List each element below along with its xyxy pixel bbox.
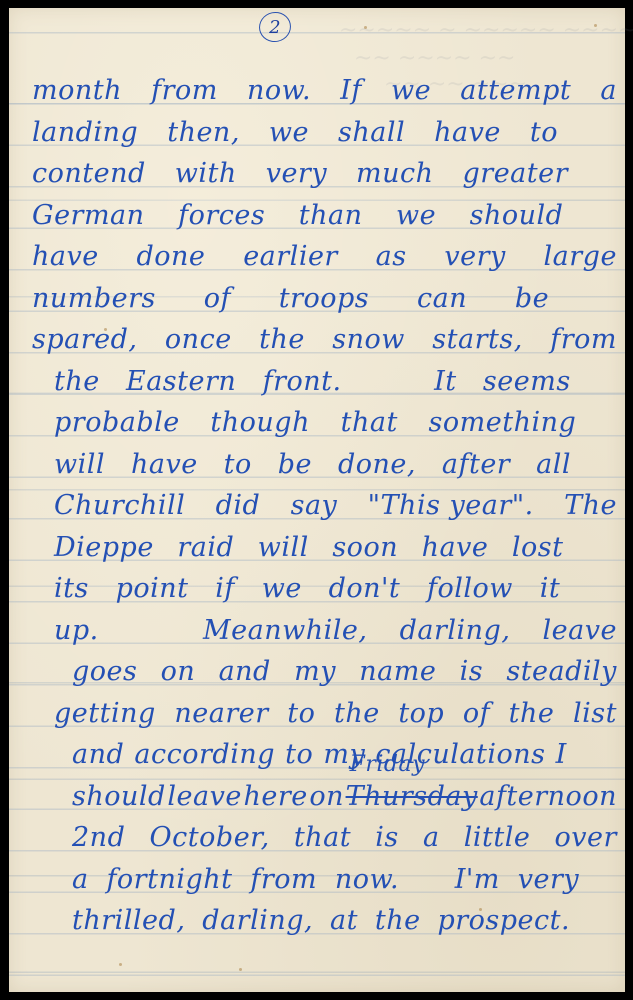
word: list <box>573 693 617 735</box>
word: nearer <box>174 693 268 735</box>
word: getting <box>54 693 156 735</box>
word: October, <box>150 817 270 859</box>
handwritten-line: numbers of troops can be <box>32 278 617 320</box>
handwritten-line: probable though that something <box>32 402 617 444</box>
handwritten-line: Churchill did say "This year". The <box>32 485 617 527</box>
word: according <box>134 734 275 776</box>
word: if <box>215 568 235 610</box>
word: I <box>556 734 567 776</box>
word: It <box>434 361 457 403</box>
word: then, <box>167 112 240 154</box>
word: Eastern <box>126 361 236 403</box>
handwritten-line: contend with very much greater <box>32 153 617 195</box>
struck-word: Thursday <box>346 781 478 812</box>
word: be <box>515 278 549 320</box>
paper-edge <box>625 10 633 18</box>
spacer <box>587 527 617 569</box>
word: Churchill <box>54 485 185 527</box>
word: have <box>434 112 501 154</box>
word: Meanwhile, <box>203 610 367 652</box>
word: much <box>356 153 434 195</box>
spacer <box>597 278 617 320</box>
handwritten-line: 2nd October, that is a little over <box>32 817 617 859</box>
paper-edge <box>0 8 9 20</box>
word: the <box>375 900 421 942</box>
spacer <box>368 361 408 403</box>
word: will <box>258 527 309 569</box>
word: than <box>299 195 363 237</box>
word: name <box>359 651 436 693</box>
word: German <box>32 195 145 237</box>
spacer <box>597 153 617 195</box>
word: don't <box>329 568 401 610</box>
handwritten-line: getting nearer to the top of the list <box>32 693 617 735</box>
word: should <box>470 195 564 237</box>
word: prospect. <box>437 900 570 942</box>
word: 2nd <box>72 817 125 859</box>
word: follow <box>427 568 513 610</box>
word: month <box>32 70 122 112</box>
word: earlier <box>243 236 338 278</box>
word: have <box>32 236 99 278</box>
word: darling, <box>400 610 511 652</box>
spacer <box>587 568 617 610</box>
word: at <box>330 900 358 942</box>
word: now. <box>335 859 399 901</box>
spacer <box>597 444 617 486</box>
word: and <box>72 734 124 776</box>
word: a <box>423 817 440 859</box>
word: the <box>54 361 100 403</box>
letter-page: ~~~~~ ~ ~~~~~ ~~~~~ ~~ ~~~~ ~~ ~~ ~~ ~~~… <box>9 8 625 992</box>
word: soon <box>332 527 398 569</box>
word: is <box>375 817 399 859</box>
handwritten-line: goes on and my name is steadily <box>32 651 617 693</box>
word: to <box>224 444 252 486</box>
word: that <box>341 402 398 444</box>
word: once <box>165 319 232 361</box>
word: darling, <box>202 900 313 942</box>
page-number: 2 <box>269 17 280 38</box>
word: up. <box>54 610 99 652</box>
word: thrilled, <box>72 900 185 942</box>
word: after <box>442 444 510 486</box>
word: have <box>131 444 198 486</box>
word: on <box>161 651 196 693</box>
word: to <box>287 693 315 735</box>
word: from <box>151 70 218 112</box>
word: seems <box>483 361 571 403</box>
word: afternoon <box>479 776 617 818</box>
word: contend <box>32 153 146 195</box>
word: can <box>417 278 467 320</box>
word: Dieppe <box>54 527 154 569</box>
word: goes <box>72 651 137 693</box>
word: The <box>564 485 617 527</box>
word: from <box>550 319 617 361</box>
paper-speck <box>594 24 597 27</box>
word: numbers <box>32 278 156 320</box>
word: all <box>536 444 571 486</box>
word: will <box>54 444 105 486</box>
word: leave <box>167 776 241 818</box>
spacer <box>131 610 171 652</box>
handwritten-line: and according to my calculations I <box>32 734 617 776</box>
word: spared, <box>32 319 138 361</box>
handwritten-line: will have to be done, after all <box>32 444 617 486</box>
word: very <box>266 153 327 195</box>
word: over <box>555 817 617 859</box>
word: the <box>334 693 380 735</box>
word: little <box>464 817 531 859</box>
word: now. <box>247 70 311 112</box>
handwritten-line: thrilled, darling, at the prospect. <box>32 900 617 942</box>
word: very <box>444 236 505 278</box>
spacer <box>577 734 617 776</box>
word: I'm <box>455 859 500 901</box>
word: on <box>309 776 344 818</box>
word: of <box>204 278 231 320</box>
word: though <box>210 402 310 444</box>
handwritten-line: have done earlier as very large <box>32 236 617 278</box>
word: it <box>540 568 561 610</box>
paper-speck <box>364 26 367 29</box>
word: lost <box>512 527 564 569</box>
paper-speck <box>239 968 242 971</box>
word: did <box>216 485 261 527</box>
word: forces <box>178 195 265 237</box>
handwritten-line: should leave here on Friday Thursday aft… <box>32 776 617 818</box>
word: "This year". <box>368 485 534 527</box>
word: done, <box>338 444 416 486</box>
letter-body: month from now. If we attempt a landing … <box>32 70 617 942</box>
word: as <box>376 236 407 278</box>
word: that <box>294 817 351 859</box>
word: we <box>396 195 436 237</box>
word: we <box>269 112 309 154</box>
spacer <box>607 402 617 444</box>
word: If <box>340 70 362 112</box>
word: raid <box>177 527 234 569</box>
word: front. <box>263 361 342 403</box>
word: leave <box>543 610 617 652</box>
word: large <box>544 236 617 278</box>
handwritten-line: its point if we don't follow it <box>32 568 617 610</box>
handwritten-line: landing then, we shall have to <box>32 112 617 154</box>
word: starts, <box>432 319 523 361</box>
handwritten-line: spared, once the snow starts, from <box>32 319 617 361</box>
word: here <box>243 776 307 818</box>
word: to <box>285 734 313 776</box>
word: a <box>72 859 89 901</box>
spacer <box>417 859 437 901</box>
word: the <box>509 693 555 735</box>
word: done <box>137 236 206 278</box>
word: probable <box>54 402 180 444</box>
word: is <box>460 651 484 693</box>
word: with <box>175 153 237 195</box>
page-number-circle: 2 <box>256 9 294 45</box>
handwritten-line: Dieppe raid will soon have lost <box>32 527 617 569</box>
spacer <box>587 112 617 154</box>
word: very <box>518 859 579 901</box>
paper-speck <box>119 963 122 966</box>
word: troops <box>279 278 369 320</box>
word: steadily <box>506 651 617 693</box>
word: shall <box>338 112 405 154</box>
handwritten-line: up. Meanwhile, darling, leave <box>32 610 617 652</box>
word: something <box>429 402 577 444</box>
word: we <box>391 70 431 112</box>
handwritten-line: German forces than we should <box>32 195 617 237</box>
handwritten-line: a fortnight from now. I'm very <box>32 859 617 901</box>
word: have <box>422 527 489 569</box>
word: fortnight <box>106 859 232 901</box>
word: of <box>463 693 490 735</box>
word: to <box>530 112 558 154</box>
word: my <box>294 651 336 693</box>
spacer <box>587 900 617 942</box>
word: say <box>291 485 338 527</box>
word: a <box>600 70 617 112</box>
word: top <box>398 693 444 735</box>
show-through-text: ~~ ~~~~ ~~ <box>354 46 515 71</box>
word: and <box>219 651 271 693</box>
correction: Friday Thursday <box>346 776 478 818</box>
handwritten-line: month from now. If we attempt a <box>32 70 617 112</box>
word: be <box>278 444 312 486</box>
spacer <box>597 195 617 237</box>
show-through-text: ~~~~~ ~ ~~~~~ ~~~~~ <box>339 18 633 43</box>
spacer <box>597 361 617 403</box>
word: from <box>250 859 317 901</box>
word: the <box>259 319 305 361</box>
word: we <box>262 568 302 610</box>
spacer <box>597 859 617 901</box>
word: attempt <box>460 70 571 112</box>
handwritten-line: the Eastern front. It seems <box>32 361 617 403</box>
word: its <box>54 568 89 610</box>
word: should <box>72 776 166 818</box>
inserted-word: Friday <box>350 754 425 776</box>
word: greater <box>463 153 569 195</box>
word: landing <box>32 112 138 154</box>
word: snow <box>332 319 405 361</box>
word: point <box>116 568 189 610</box>
